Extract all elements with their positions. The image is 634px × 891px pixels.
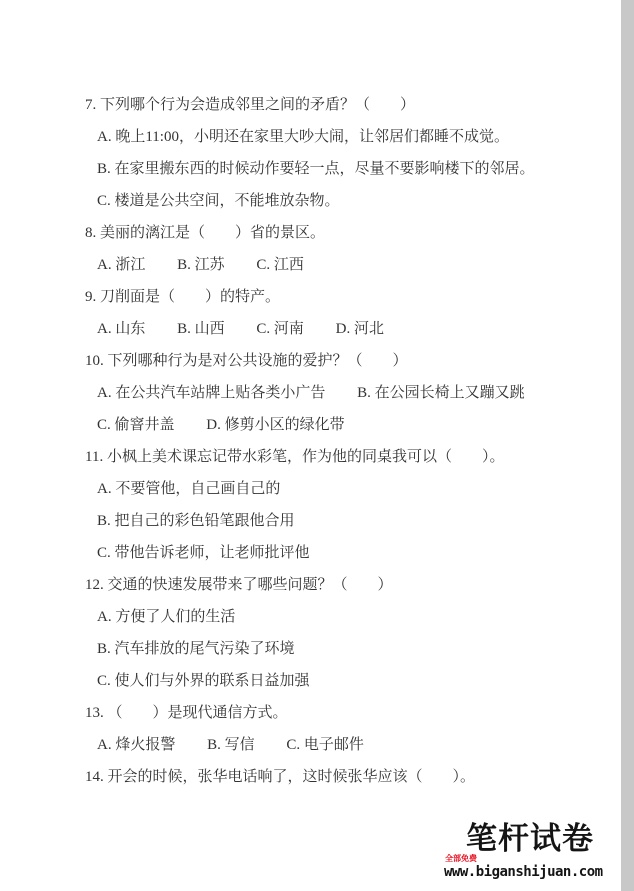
watermark-logo-text: 笔杆试卷 <box>466 822 594 856</box>
question-7-option-a: A. 晚上11:00，小明还在家里大吵大闹，让邻居们都睡不成觉。 <box>0 121 612 153</box>
question-11: 11. 小枫上美术课忘记带水彩笔，作为他的同桌我可以（ ）。 <box>0 441 612 473</box>
option-label: B. 在家里搬东西的时候动作要轻一点，尽量不要影响楼下的邻居。 <box>97 153 535 185</box>
question-8-options: A. 浙江 B. 江苏 C. 江西 <box>0 249 612 281</box>
right-edge-strip <box>621 0 634 891</box>
question-7-option-c: C. 楼道是公共空间，不能堆放杂物。 <box>0 185 612 217</box>
option-label: B. 山西 <box>177 313 225 345</box>
option-label: B. 把自己的彩色铅笔跟他合用 <box>97 505 295 537</box>
watermark-tagline: 全部免费 <box>445 854 477 863</box>
question-13-options: A. 烽火报警 B. 写信 C. 电子邮件 <box>0 729 612 761</box>
question-9: 9. 刀削面是（ ）的特产。 <box>0 281 612 313</box>
question-9-options: A. 山东 B. 山西 C. 河南 D. 河北 <box>0 313 612 345</box>
question-12-option-c: C. 使人们与外界的联系日益加强 <box>0 665 612 697</box>
option-label: A. 浙江 <box>97 249 145 281</box>
option-label: B. 在公园长椅上又蹦又跳 <box>357 377 525 409</box>
option-label: A. 在公共汽车站牌上贴各类小广告 <box>97 377 325 409</box>
question-11-option-b: B. 把自己的彩色铅笔跟他合用 <box>0 505 612 537</box>
option-label: B. 写信 <box>207 729 255 761</box>
option-label: C. 河南 <box>256 313 304 345</box>
question-12: 12. 交通的快速发展带来了哪些问题？（ ） <box>0 569 612 601</box>
option-label: A. 山东 <box>97 313 145 345</box>
option-label: A. 方便了人们的生活 <box>97 601 235 633</box>
question-11-option-c: C. 带他告诉老师，让老师批评他 <box>0 537 612 569</box>
question-7-option-b: B. 在家里搬东西的时候动作要轻一点，尽量不要影响楼下的邻居。 <box>0 153 612 185</box>
question-10-options-cd: C. 偷窨井盖 D. 修剪小区的绿化带 <box>0 409 612 441</box>
question-11-option-a: A. 不要管他，自己画自己的 <box>0 473 612 505</box>
watermark-url: www.biganshijuan.com <box>444 864 603 880</box>
option-label: B. 汽车排放的尾气污染了环境 <box>97 633 295 665</box>
option-label: A. 不要管他，自己画自己的 <box>97 473 280 505</box>
option-label: C. 带他告诉老师，让老师批评他 <box>97 537 310 569</box>
option-label: D. 河北 <box>336 313 384 345</box>
option-label: A. 烽火报警 <box>97 729 175 761</box>
site-watermark: 笔杆试卷 全部免费 www.biganshijuan.com <box>430 822 620 888</box>
option-label: B. 江苏 <box>177 249 225 281</box>
question-10: 10. 下列哪种行为是对公共设施的爱护？（ ） <box>0 345 612 377</box>
question-14: 14. 开会的时候，张华电话响了，这时候张华应该（ ）。 <box>0 761 612 793</box>
question-12-option-b: B. 汽车排放的尾气污染了环境 <box>0 633 612 665</box>
question-12-option-a: A. 方便了人们的生活 <box>0 601 612 633</box>
option-label: C. 使人们与外界的联系日益加强 <box>97 665 310 697</box>
option-label: C. 偷窨井盖 <box>97 409 175 441</box>
option-label: C. 江西 <box>256 249 304 281</box>
question-13: 13. （ ）是现代通信方式。 <box>0 697 612 729</box>
question-8: 8. 美丽的漓江是（ ）省的景区。 <box>0 217 612 249</box>
question-10-options-ab: A. 在公共汽车站牌上贴各类小广告 B. 在公园长椅上又蹦又跳 <box>0 377 612 409</box>
option-label: A. 晚上11:00，小明还在家里大吵大闹，让邻居们都睡不成觉。 <box>97 121 509 153</box>
exam-page: 7. 下列哪个行为会造成邻里之间的矛盾？（ ） A. 晚上11:00，小明还在家… <box>0 89 612 793</box>
option-label: C. 楼道是公共空间，不能堆放杂物。 <box>97 185 340 217</box>
option-label: C. 电子邮件 <box>286 729 364 761</box>
question-7: 7. 下列哪个行为会造成邻里之间的矛盾？（ ） <box>0 89 612 121</box>
option-label: D. 修剪小区的绿化带 <box>206 409 344 441</box>
